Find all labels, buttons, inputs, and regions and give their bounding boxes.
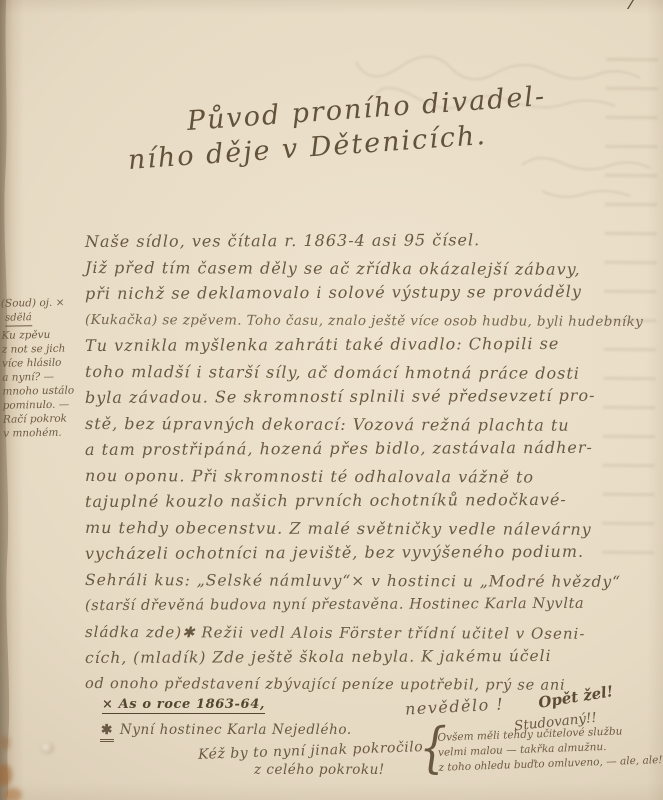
manuscript-line: cích, (mladík) Zde ještě škola nebyla. K…	[85, 643, 651, 671]
manuscript-line: při nichž se deklamovalo i solové výstup…	[85, 279, 651, 307]
closing-remark-right: Ovšem měli tehdy učitelové službu velmi …	[437, 723, 658, 776]
margin-note-line: mnoho ustálo	[2, 383, 86, 398]
margin-note-line: více hlásilo	[2, 355, 86, 370]
margin-note-line: pominulo. —	[3, 397, 87, 412]
margin-note-line: a nyní? —	[2, 369, 86, 384]
foxing-spot	[4, 788, 22, 800]
manuscript-line: vycházeli ochotníci na jeviště, bez vyvý…	[85, 539, 651, 567]
manuscript-line: a tam prostřipáná, hozená přes bidlo, za…	[85, 435, 651, 463]
footnote-2-marker: ✱	[100, 722, 114, 742]
footnote-1: × As o roce 1863-64,	[102, 697, 265, 714]
foxing-spot	[0, 736, 10, 750]
margin-note-header: (Soud) oj. ×	[1, 295, 85, 310]
manuscript-line: (starší dřevěná budova nyní přestavěna. …	[85, 591, 651, 619]
footnote-2: ✱Nyní hostinec Karla Nejedlého.	[100, 722, 352, 738]
margin-note-line: v mnohém.	[3, 425, 87, 440]
margin-note-line: Račí pokrok	[3, 411, 87, 426]
paper-crease	[40, 742, 54, 754]
manuscript-page: 7 Původ proního divadel- ního děje v Dět…	[0, 0, 663, 800]
interjection-nevedelo: nevědělo !	[405, 694, 505, 718]
manuscript-line: tajuplné kouzlo našich prvních ochotníků…	[85, 487, 651, 515]
margin-note: (Soud) oj. × sdělá Ku zpěvu z not se jic…	[1, 295, 88, 440]
footnote-2-text: Nyní hostinec Karla Nejedlého.	[120, 722, 352, 738]
manuscript-line: Tu vznikla myšlenka zahráti také divadlo…	[85, 331, 651, 359]
manuscript-line: byla závadou. Se skromností splnili své …	[85, 383, 651, 411]
manuscript-body: Naše sídlo, ves čítala r. 1863-4 asi 95 …	[85, 229, 651, 697]
closing-remark-line1: Kéž by to nyní jinak pokročilo	[198, 739, 424, 763]
manuscript-line: Naše sídlo, ves čítala r. 1863-4 asi 95 …	[85, 227, 651, 255]
closing-remark-line2: z celého pokroku!	[254, 762, 385, 778]
page-number: 7	[624, 0, 637, 14]
margin-note-underlined-word: sdělá	[5, 311, 32, 326]
margin-note-line: Ku zpěvu	[1, 327, 85, 342]
margin-note-line: z not se jich	[2, 341, 86, 356]
